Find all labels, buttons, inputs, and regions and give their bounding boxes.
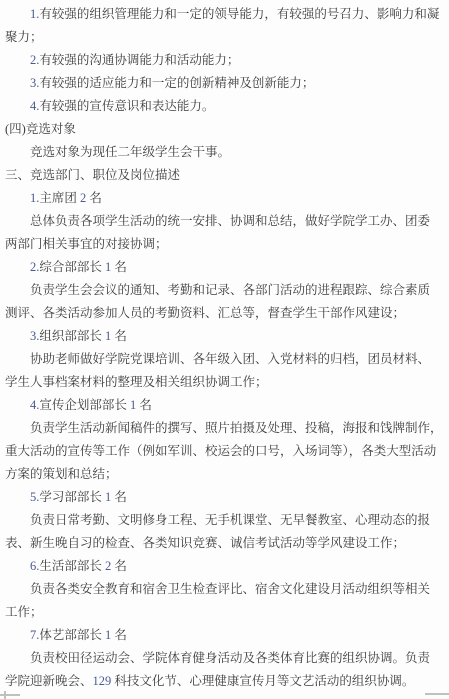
position-title: 2.综合部部长 1 名 xyxy=(5,256,445,279)
text-line: 负责学生活动新闻稿件的撰写、照片拍摄及处理、投稿，海报和饯牌制作， xyxy=(5,417,445,440)
position-title: 5.学习部部长 1 名 xyxy=(5,486,445,509)
text-line: 协助老师做好学院党课培训、各年级入团、入党材料的归档，团员材料、 xyxy=(5,348,445,371)
bottom-right-edge-artifact xyxy=(425,693,449,695)
text-line: 工作； xyxy=(5,601,445,624)
text-line: 负责校田径运动会、学院体育健身活动及各类体育比赛的组织协调。负责 xyxy=(5,647,445,670)
text-line: 测评、各类活动参加人员的考勤资料、汇总等，督查学生干部作风建设； xyxy=(5,302,445,325)
text-line: 方案的策划和总结； xyxy=(5,463,445,486)
text-line: 1.有较强的组织管理能力和一定的领导能力，有较强的号召力、影响力和凝 xyxy=(5,3,445,26)
position-title: 3.组织部部长 1 名 xyxy=(5,325,445,348)
text-line: 学院迎新晚会、129 科技文化节、心理健康宣传月等文艺活动的组织协调。 xyxy=(5,670,445,693)
text-line: 重大活动的宣传等工作（例如军训、校运会的口号，入场词等），各类大型活动 xyxy=(5,440,445,463)
text-line: 负责日常考勤、文明修身工程、无手机课堂、无早餐教室、心理动态的报 xyxy=(5,509,445,532)
text-line: 两部门相关事宜的对接协调； xyxy=(5,233,445,256)
section-heading: (四)竞选对象 xyxy=(5,118,445,141)
text-line: 表、新生晚自习的检查、各类知识竞赛、诚信考试活动等学风建设工作； xyxy=(5,532,445,555)
text-line: 3.有较强的适应能力和一定的创新精神及创新能力； xyxy=(5,72,445,95)
text-line: 聚力； xyxy=(5,26,445,49)
position-title: 1.主席团 2 名 xyxy=(5,187,445,210)
text-line: 2.有较强的沟通协调能力和活动能力； xyxy=(5,49,445,72)
text-line: 学生人事档案材料的整理及相关组织协调工作； xyxy=(5,371,445,394)
bottom-left-edge-artifact xyxy=(0,694,20,696)
text-line: 负责学生会会议的通知、考勤和记录、各部门活动的进程跟踪、综合素质 xyxy=(5,279,445,302)
text-line: 竞选对象为现任二年级学生会干事。 xyxy=(5,141,445,164)
position-title: 6.生活部部长 2 名 xyxy=(5,555,445,578)
bottom-left-edge-artifact xyxy=(4,691,6,699)
position-title: 4.宣传企划部部长 1 名 xyxy=(5,394,445,417)
document-page: 1.有较强的组织管理能力和一定的领导能力，有较强的号召力、影响力和凝 聚力； 2… xyxy=(0,0,449,699)
position-title: 7.体艺部部长 1 名 xyxy=(5,624,445,647)
text-line: 总体负责各项学生活动的统一安排、协调和总结，做好学院学工办、团委 xyxy=(5,210,445,233)
text-line: 负责各类安全教育和宿舍卫生检查评比、宿舍文化建设月活动组织等相关 xyxy=(5,578,445,601)
section-heading: 三、竞选部门、职位及岗位描述 xyxy=(5,164,445,187)
text-line: 4.有较强的宣传意识和表达能力。 xyxy=(5,95,445,118)
